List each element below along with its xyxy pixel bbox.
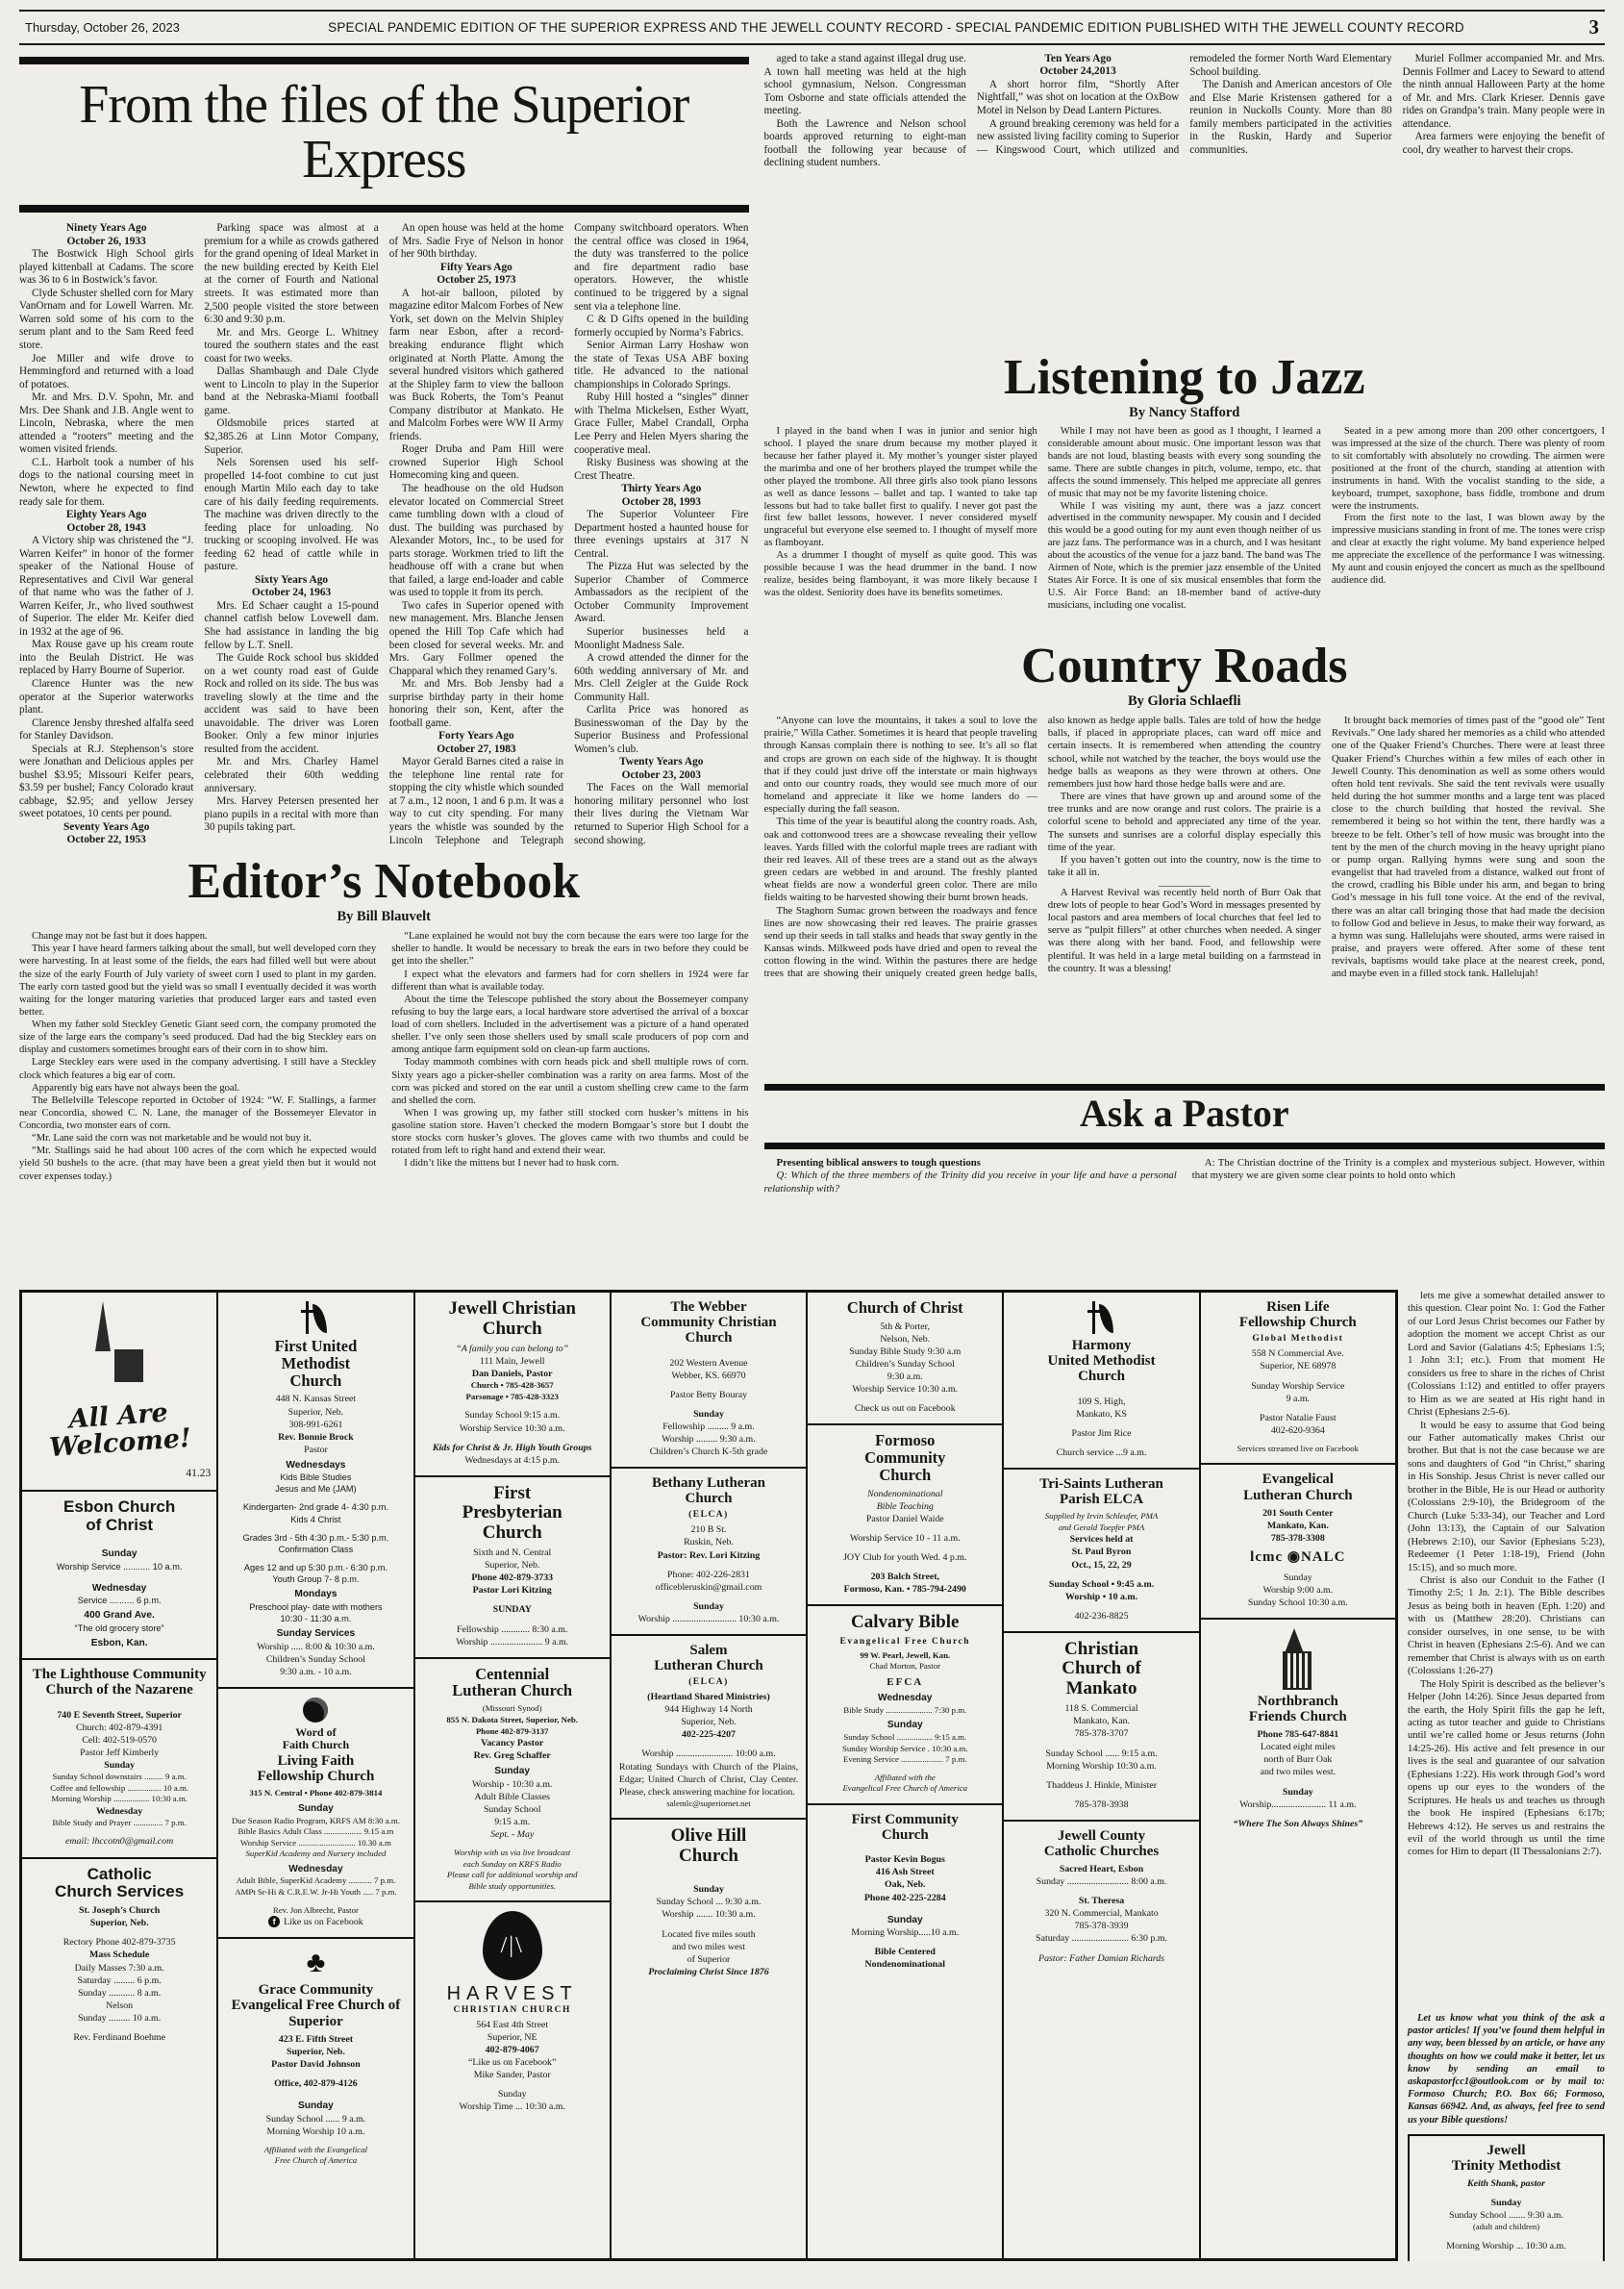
article-paragraph: While I was visiting my aunt, there was …: [1048, 501, 1321, 613]
church-ad-line: Mass Schedule: [28, 1949, 211, 1961]
church-ad-line: Church • 785-428-3657: [421, 1380, 604, 1392]
church-ad-lines: “A family you can belong to”111 Main, Je…: [421, 1343, 604, 1467]
church-ad-line: Oak, Neb.: [813, 1878, 996, 1891]
church-ad-line: Morning Worship ................. 10:30 …: [28, 1794, 211, 1805]
article-paragraph: __________: [1048, 879, 1321, 887]
church-ad-line: “Like us on Facebook”: [421, 2056, 604, 2069]
church-ad-line: Mankato, KS: [1010, 1408, 1192, 1421]
church-ad-line: [421, 2081, 604, 2088]
church-ad-line: Church service ...9 a.m.: [1010, 1446, 1192, 1459]
church-ad-title: Jewell Trinity Methodist: [1415, 2143, 1597, 2174]
church-ad-line: Phone 785-647-8841: [1207, 1728, 1389, 1741]
church-ad-lines: Pastor Kevin Bogus416 Ash StreetOak, Neb…: [813, 1847, 996, 1971]
church-ad-line: Sunday: [617, 1883, 800, 1896]
church-ad-line: 785-378-3707: [1010, 1727, 1192, 1740]
church-ad-line: Worship Service 10 - 11 a.m.: [813, 1532, 996, 1545]
church-ad-line: Parsonage • 785-428-3323: [421, 1392, 604, 1403]
article-paragraph: While I may not have been as good as I t…: [1048, 426, 1321, 501]
article-paragraph: Large Steckley ears were used in the com…: [19, 1056, 376, 1081]
church-ad-line: Worship ........................ 10:00 a…: [617, 1748, 800, 1760]
church-ad: Centennial Lutheran Church (Missouri Syn…: [415, 1659, 610, 1903]
church-ad-line: [813, 1545, 996, 1551]
church-ad-line: Children’s Sunday School: [813, 1358, 996, 1371]
church-ad-line: 9:15 a.m.: [421, 1816, 604, 1828]
church-ad-line: Mankato, Kan.: [1010, 1715, 1192, 1727]
church-ad-line: Morning Worship 10:30 a.m.: [1010, 1760, 1192, 1773]
church-ad-line: [224, 2138, 407, 2145]
church-ad-line: [617, 1922, 800, 1928]
church-ad-title: Jewell County Catholic Churches: [1010, 1828, 1192, 1859]
church-ad-line: Pastor Jim Rice: [1010, 1427, 1192, 1440]
church-ad-line: [28, 1828, 211, 1835]
article-paragraph: A Victory ship was christened the “J. Wa…: [19, 535, 193, 639]
church-ad-line: Worship 9:00 a.m.: [1207, 1584, 1389, 1597]
church-ad-subtitle: CHRISTIAN CHURCH: [421, 2005, 604, 2015]
church-ad-line: Jesus and Me (JAM): [224, 1483, 407, 1495]
church-ad-line: [813, 1939, 996, 1946]
church-ad-line: Rev. Jon Albrecht, Pastor: [224, 1905, 407, 1917]
church-ad-line: SuperKid Academy and Nursery included: [224, 1849, 407, 1860]
church-ad-line: Sunday Worship Service: [1207, 1380, 1389, 1393]
church-ad: All Are Welcome!41.23: [22, 1293, 216, 1492]
church-ad: Harmony United Methodist Church 109 S. H…: [1004, 1293, 1198, 1470]
church-ad-line: Wednesday: [28, 1805, 211, 1818]
article-paragraph: If you haven’t gotten out into the count…: [1048, 854, 1321, 879]
church-ad-line: (adult and children): [1415, 2222, 1597, 2233]
church-ad-line: [813, 1396, 996, 1402]
church-ad-line: [1010, 1572, 1192, 1578]
church-ad-line: [1010, 1603, 1192, 1610]
church-ad-line: Sunday: [1415, 2197, 1597, 2209]
directory-column: Jewell Christian Church “A family you ca…: [415, 1293, 612, 2258]
church-ad-line: [421, 1841, 604, 1848]
directory-column: First United Methodist Church 448 N. Kan…: [218, 1293, 414, 2258]
church-ad-line: [224, 2071, 407, 2077]
church-ad-line: [1010, 1389, 1192, 1396]
decade-heading: Ten Years Ago: [977, 53, 1179, 65]
from-the-files-text: Ninety Years AgoOctober 26, 1933The Bost…: [19, 222, 749, 847]
church-ad-line: 315 N. Central • Phone 402-879-3814: [224, 1788, 407, 1799]
church-ad-line: Sunday: [813, 1719, 996, 1731]
decade-date: October 28, 1993: [574, 496, 748, 509]
article-paragraph: The Bostwick High School girls played ki…: [19, 248, 193, 288]
church-ad-line: Sunday School ................. 9:15 a.m…: [813, 1732, 996, 1744]
church-ad-line: lcmc ◉NALC: [1207, 1548, 1389, 1568]
church-ad-line: Pastor: [224, 1444, 407, 1456]
church-logo-icon: [303, 1698, 328, 1723]
church-ad-line: “Where The Son Always Shines”: [1207, 1818, 1389, 1830]
church-ad-line: Daily Masses 7:30 a.m.: [28, 1962, 211, 1975]
church-ad-lines: 423 E. Fifth StreetSuperior, Neb.Pastor …: [224, 2033, 407, 2167]
church-ad-line: Pastor Daniel Waide: [813, 1513, 996, 1525]
article-paragraph: Parking space was almost at a premium fo…: [204, 222, 378, 326]
church-ad-line: Sunday .......................... 8:00 a…: [1010, 1875, 1192, 1888]
church-ad-line: Bible Centered: [813, 1946, 996, 1958]
article-paragraph: When my father sold Steckley Genetic Gia…: [19, 1019, 376, 1056]
editors-notebook-headline: Editor’s Notebook: [19, 857, 749, 907]
church-ad-line: Mankato, Kan.: [1207, 1520, 1389, 1532]
church-ad-line: Keith Shank, pastor: [1415, 2177, 1597, 2190]
church-ad-line: [28, 1702, 211, 1709]
church-ad-line: [617, 1870, 800, 1876]
church-ad-line: [1207, 1405, 1389, 1412]
church-ad-title: Salem Lutheran Church: [617, 1643, 800, 1673]
article-paragraph: I played in the band when I was in junio…: [764, 426, 1037, 550]
church-ad-line: Sunday School ... 9:30 a.m.: [617, 1896, 800, 1908]
church-ad-line: Worship Service 10:30 a.m.: [421, 1422, 604, 1435]
church-ad-title: Olive Hill Church: [617, 1826, 800, 1866]
church-ad-line: Fellowship ............ 8:30 a.m.: [421, 1623, 604, 1636]
church-ad-line: Church: 402-879-4391: [28, 1722, 211, 1734]
directory-column: The Webber Community Christian Church 20…: [612, 1293, 808, 2258]
church-ad-line: [224, 2090, 407, 2097]
article-paragraph: lets me give a somewhat detailed answer …: [1408, 1290, 1605, 1420]
church-ad-line: Morning Worship 10 a.m.: [224, 2125, 407, 2138]
article-paragraph: Risky Business was showing at the Crest …: [574, 457, 748, 483]
church-ad-lines: 448 N. Kansas StreetSuperior, Neb.308-99…: [224, 1393, 407, 1677]
church-ad-line: [1207, 1437, 1389, 1444]
church-ad-line: Worship ...................... 9 a.m.: [421, 1636, 604, 1648]
church-ad-lines: (Heartland Shared Ministries)944 Highway…: [617, 1691, 800, 1809]
decade-heading: Thirty Years Ago: [574, 483, 748, 495]
church-ad-title: Tri-Saints Lutheran Parish ELCA: [1010, 1476, 1192, 1507]
church-ad-line: Sunday ........... 8 a.m.: [28, 1987, 211, 2000]
church-ad: Jewell County Catholic Churches Sacred H…: [1004, 1822, 1198, 1974]
church-ad-line: of Superior: [617, 1953, 800, 1966]
church-ad-line: Pastor: Father Damian Richards: [1010, 1952, 1192, 1965]
church-ad-line: Superior, NE: [421, 2031, 604, 2044]
church-ad-line: [1010, 1888, 1192, 1895]
church-ad-line: Located eight miles north of Burr Oak an…: [1207, 1741, 1389, 1778]
issue-date: Thursday, October 26, 2023: [25, 20, 232, 35]
church-ad-line: [224, 1555, 407, 1562]
article-paragraph: Area farmers were enjoying the benefit o…: [1403, 131, 1605, 157]
church-ad-line: Nondenominational: [813, 1488, 996, 1500]
article-paragraph: It would be easy to assume that God bein…: [1408, 1420, 1605, 1574]
church-ad-title: Harmony United Methodist Church: [1010, 1338, 1192, 1385]
church-ad-lines: Supplied by Irvin Schleufer, PMA and Ger…: [1010, 1511, 1192, 1622]
church-ad-title: Risen Life Fellowship Church: [1207, 1299, 1389, 1330]
church-ad-title: HARVEST: [421, 1984, 604, 2005]
church-ad-line: [617, 1350, 800, 1357]
church-ad-line: Preschool play- date with mothers: [224, 1601, 407, 1613]
country-roads-byline: By Gloria Schlaefli: [764, 693, 1605, 710]
decade-date: October 27, 1983: [389, 743, 563, 756]
article-paragraph: Oldsmobile prices started at $2,385.26 a…: [204, 417, 378, 457]
decade-heading: Forty Years Ago: [389, 730, 563, 742]
church-ad-line: 402-225-4207: [617, 1728, 800, 1741]
church-ad-line: Check us out on Facebook: [813, 1402, 996, 1415]
church-directory: All Are Welcome!41.23 Esbon Church of Ch…: [19, 1290, 1398, 2261]
church-ad-lines: 118 S. CommercialMankato, Kan.785-378-37…: [1010, 1702, 1192, 1810]
church-ad-line: “A family you can belong to”: [421, 1343, 604, 1355]
church-ad-line: [224, 1525, 407, 1532]
church-ad: Catholic Church Services St. Joseph’s Ch…: [22, 1859, 216, 2052]
left-column: From the files of the Superior Express N…: [19, 53, 749, 1280]
article-paragraph: A crowd attended the dinner for the 60th…: [574, 652, 748, 704]
church-ad-line: Sacred Heart, Esbon: [1010, 1863, 1192, 1875]
article-paragraph: Carlita Price was honored as Businesswom…: [574, 704, 748, 756]
church-ad: The Webber Community Christian Church 20…: [612, 1293, 806, 1469]
church-ad-line: EFCA: [813, 1675, 996, 1690]
church-ad-title: Formoso Community Church: [813, 1432, 996, 1483]
church-ad-line: 740 E Seventh Street, Superior: [28, 1709, 211, 1722]
article-paragraph: About the time the Telescope published t…: [391, 994, 748, 1057]
church-ad-line: Kids 4 Christ: [224, 1514, 407, 1525]
church-ad-line: 5th & Porter,: [813, 1321, 996, 1333]
church-ad-line: Sunday School ....... 9:30 a.m.: [1415, 2209, 1597, 2222]
article-paragraph: As a drummer I thought of myself as quit…: [764, 550, 1037, 600]
church-ad-line: Phone 402-879-3137: [421, 1726, 604, 1738]
church-ad-line: Rev. Greg Schaffer: [421, 1749, 604, 1762]
ask-a-pastor-feedback-note: Let us know what you think of the ask a …: [1408, 2012, 1605, 2126]
church-ad-line: 402-620-9364: [1207, 1424, 1389, 1437]
church-ad-line: Fellowship ......... 9 a.m.: [617, 1421, 800, 1433]
church-ad-line: Worship with us via live broadcast each …: [421, 1848, 604, 1870]
church-ad-line: [28, 2025, 211, 2031]
ask-a-pastor-question: Q: Which of the three members of the Tri…: [764, 1170, 1177, 1195]
church-ad-lines: 564 East 4th StreetSuperior, NE402-879-4…: [421, 2019, 604, 2113]
church-ad: Christian Church of Mankato 118 S. Comme…: [1004, 1633, 1198, 1822]
article-paragraph: A hot-air balloon, piloted by magazine e…: [389, 288, 563, 444]
masthead: Thursday, October 26, 2023 SPECIAL PANDE…: [19, 10, 1605, 45]
decade-date: October 25, 1973: [389, 274, 563, 287]
church-ad-line: [617, 1562, 800, 1569]
article-paragraph: Mrs. Ed Schaer caught a 15-pound channel…: [204, 600, 378, 652]
church-ad-line: Services held at: [1010, 1533, 1192, 1546]
editors-notebook-byline: By Bill Blauvelt: [19, 909, 749, 925]
article-paragraph: Mr. and Mrs. D.V. Spohn, Mr. and Mrs. De…: [19, 391, 193, 457]
church-ad-title: Esbon Church of Christ: [28, 1498, 211, 1534]
church-ad-line: 202 Western Avenue: [617, 1357, 800, 1370]
article-paragraph: “Mr. Lane said the corn was not marketab…: [19, 1132, 376, 1144]
church-ad-line: Chad Morton, Pastor: [813, 1661, 996, 1673]
church-ad-lines: 202 Western AvenueWebber, KS. 66970Pasto…: [617, 1350, 800, 1458]
church-ad-line: Nelson, Neb.: [813, 1333, 996, 1346]
article-paragraph: The Guide Rock school bus skidded on a w…: [204, 652, 378, 756]
church-ad-line: [1207, 1779, 1389, 1786]
church-ad-lines: Keith Shank, pastorSundaySunday School .…: [1415, 2177, 1597, 2252]
church-ad-line: 320 N. Commercial, Mankato: [1010, 1907, 1192, 1920]
church-ad-line: Worship • 10 a.m.: [1010, 1591, 1192, 1603]
church-ad-title: Living Faith Fellowship Church: [224, 1753, 407, 1784]
church-ad-line: Cell: 402-519-0570: [28, 1734, 211, 1747]
article-paragraph: Mrs. Harvey Petersen presented her piano…: [204, 795, 378, 835]
church-ad-line: 41.23: [28, 1467, 211, 1481]
church-ad-line: Ruskin, Neb.: [617, 1536, 800, 1548]
church-ad-line: Sunday: [813, 1914, 996, 1926]
church-ad-subtitle: Evangelical Free Church: [813, 1637, 996, 1647]
ask-a-pastor-headline: Ask a Pastor: [764, 1094, 1605, 1133]
article-paragraph: Specials at R.J. Stephenson’s store were…: [19, 743, 193, 821]
church-ad-line: [28, 1538, 211, 1545]
church-ad-line: Morning Worship ... 10:30 a.m.: [1415, 2240, 1597, 2252]
church-ad-subtitle: (ELCA): [617, 1677, 800, 1687]
church-ad-line: [813, 1525, 996, 1532]
church-ad-line: Children’s Church K-5th grade: [617, 1446, 800, 1458]
from-the-files-continuation: aged to take a stand against illegal dru…: [764, 53, 1605, 343]
church-ad-line: 785-378-3939: [1010, 1920, 1192, 1932]
decade-heading: Fifty Years Ago: [389, 262, 563, 274]
church-ad-line: Bible Study ...................... 7:30 …: [813, 1705, 996, 1717]
church-ad-line: Sunday: [617, 1600, 800, 1613]
church-ad-line: [421, 1435, 604, 1442]
decade-date: October 23, 2003: [574, 769, 748, 782]
church-ad-line: Sunday School 9:15 a.m.: [421, 1409, 604, 1421]
article-paragraph: The Pizza Hut was selected by the Superi…: [574, 561, 748, 626]
church-ad-line: Worship ......... 9:30 a.m.: [617, 1433, 800, 1446]
right-column: aged to take a stand against illegal dru…: [764, 53, 1605, 1280]
church-ad-line: [617, 1741, 800, 1748]
church-ad-line: 448 N. Kansas Street: [224, 1393, 407, 1405]
church-ad-line: “The old grocery store”: [28, 1622, 211, 1634]
church-ad-line: Office, 402-879-4126: [224, 2077, 407, 2090]
church-ad-line: [224, 1899, 407, 1905]
church-ad-line: Sunday: [224, 2100, 407, 2112]
article-paragraph: Dallas Shambaugh and Dale Clyde went to …: [204, 365, 378, 417]
church-ad-lines: Sacred Heart, EsbonSunday ..............…: [1010, 1863, 1192, 1964]
church-ad-line: Confirmation Class: [224, 1544, 407, 1555]
church-ad-line: Worship Time ... 10:30 a.m.: [421, 2100, 604, 2113]
church-ad-line: Grades 3rd - 5th 4:30 p.m.- 5:30 p.m.: [224, 1532, 407, 1544]
church-ad-line: Sunday: [1207, 1786, 1389, 1798]
directory-column: Church of Christ 5th & Porter,Nelson, Ne…: [808, 1293, 1004, 2258]
article-paragraph: This time of the year is beautiful along…: [764, 816, 1037, 904]
church-ad-line: [813, 1847, 996, 1853]
church-ad-line: [224, 1495, 407, 1501]
church-ad-line: [1010, 1440, 1192, 1446]
article-paragraph: Joe Miller and wife drove to Hemmingford…: [19, 353, 193, 392]
church-ad-line: [1010, 1773, 1192, 1779]
church-ad: Bethany Lutheran Church (ELCA) 210 B St.…: [612, 1469, 806, 1636]
church-ad-line: Due Season Radio Program, KRFS AM 8:30 a…: [224, 1816, 407, 1827]
church-ad: Formoso Community Church Nondenomination…: [808, 1425, 1002, 1606]
church-ad-line: Please call for additional worship and B…: [421, 1870, 604, 1892]
directory-column: Risen Life Fellowship Church Global Meth…: [1201, 1293, 1395, 2258]
church-ad-line: Dan Daniels, Pastor: [421, 1368, 604, 1380]
church-ad-line: AMPt Sr-Hi & C.R.E.W. Jr-Hi Youth ..... …: [224, 1887, 407, 1899]
church-ad-line: [617, 1382, 800, 1389]
ask-a-pastor-continued: lets me give a somewhat detailed answer …: [1408, 1290, 1605, 2004]
church-ad-line: Sunday: [224, 1802, 407, 1815]
article-paragraph: I expect what the elevators and farmers …: [391, 968, 748, 994]
right-rail: lets me give a somewhat detailed answer …: [1408, 1290, 1605, 2261]
church-ad-lines: 558 N Commercial Ave.Superior, NE 68978S…: [1207, 1347, 1389, 1454]
church-ad-lines: 740 E Seventh Street, SuperiorChurch: 40…: [28, 1702, 211, 1849]
ask-a-pastor-intro: Presenting biblical answers to tough que…: [764, 1157, 1177, 1170]
article-paragraph: “Lane explained he would not buy the cor…: [391, 930, 748, 968]
church-ad-line: St. Joseph’s Church: [28, 1904, 211, 1917]
church-ad: Jewell Christian Church “A family you ca…: [415, 1293, 610, 1477]
article-paragraph: This year I have heard farmers talking a…: [19, 943, 376, 1019]
church-ad-subtitle: (ELCA): [617, 1510, 800, 1520]
church-ad-line: Sunday: [1207, 1572, 1389, 1584]
church-ad-title: Grace Community Evangelical Free Church …: [224, 1982, 407, 2029]
church-ad-lines: 210 B St.Ruskin, Neb.Pastor: Rev. Lori K…: [617, 1523, 800, 1624]
article-paragraph: A Harvest Revival was recently held nort…: [1048, 887, 1321, 975]
decade-heading: Twenty Years Ago: [574, 756, 748, 768]
church-ad-line: Superior, Neb.: [421, 1559, 604, 1572]
edition-line: SPECIAL PANDEMIC EDITION OF THE SUPERIOR…: [245, 20, 1547, 35]
church-ad: The Lighthouse Community Church of the N…: [22, 1660, 216, 1858]
from-the-files-headline-block: From the files of the Superior Express: [19, 57, 749, 213]
jazz-byline: By Nancy Stafford: [764, 405, 1605, 421]
church-ad-line: [1415, 2233, 1597, 2240]
article-paragraph: Mr. and Mrs. Charley Hamel celebrated th…: [204, 756, 378, 795]
church-ad-line: Rectory Phone 402-879-3735: [28, 1936, 211, 1949]
church-ad-line: JOY Club for youth Wed. 4 p.m.: [813, 1551, 996, 1564]
church-ad-line: Saturday ......... 6 p.m.: [28, 1975, 211, 1987]
editors-notebook-text: Change may not be fast but it does happe…: [19, 930, 749, 1219]
church-ad-line: Sunday Services: [224, 1627, 407, 1640]
article-paragraph: When I was growing up, my father still s…: [391, 1107, 748, 1158]
church-ad-line: Sixth and N. Central: [421, 1547, 604, 1559]
article-paragraph: Two cafes in Superior opened with new ma…: [389, 600, 563, 678]
decade-heading: Eighty Years Ago: [19, 509, 193, 521]
church-ad-line: [617, 1594, 800, 1600]
church-ad-line: Children’s Sunday School: [224, 1653, 407, 1666]
article-paragraph: aged to take a stand against illegal dru…: [764, 53, 966, 118]
church-ad-line: 558 N Commercial Ave.: [1207, 1347, 1389, 1360]
church-ad-line: 118 S. Commercial: [1010, 1702, 1192, 1715]
church-ad-line: Sunday School: [421, 1803, 604, 1816]
church-ad-title: First United Methodist Church: [224, 1338, 407, 1389]
church-ad-line: 400 Grand Ave.: [28, 1609, 211, 1622]
article-paragraph: Clarence Jensby threshed alfalfa seed fo…: [19, 717, 193, 743]
church-logo-icon: [300, 1948, 331, 1978]
church-ad-line: Like us on Facebook: [224, 1916, 407, 1928]
church-ad-title: First Community Church: [813, 1812, 996, 1843]
church-ad-line: [813, 1904, 996, 1911]
ask-a-pastor-headline-block: Ask a Pastor: [764, 1084, 1605, 1149]
church-ad-line: Coffee and fellowship ................ 1…: [28, 1783, 211, 1795]
church-ad-line: Sunday: [617, 1408, 800, 1421]
church-ad-line: Sunday School • 9:45 a.m.: [1010, 1578, 1192, 1591]
church-ad-line: [1207, 1811, 1389, 1818]
church-ad-line: Kids Bible Studies: [224, 1471, 407, 1483]
church-ad-line: 203 Balch Street,: [813, 1571, 996, 1583]
decade-heading: Ninety Years Ago: [19, 222, 193, 235]
church-ad-line: Pastor Betty Bouray: [617, 1389, 800, 1401]
article-paragraph: The Superior Volunteer Fire Department h…: [574, 509, 748, 561]
church-ad-line: 402-879-4067: [421, 2044, 604, 2056]
church-ad: Word of Faith Church Living Faith Fellow…: [218, 1689, 412, 1940]
article-paragraph: From the first note to the last, I was b…: [1332, 513, 1605, 588]
church-ad-line: [1415, 2190, 1597, 2197]
decade-date: October 24, 1963: [204, 587, 378, 599]
church-ad-title: Calvary Bible: [813, 1613, 996, 1633]
church-ad-line: Superior, Neb.: [224, 2046, 407, 2058]
decade-date: October 26, 1933: [19, 236, 193, 248]
decade-date: October 22, 1953: [19, 834, 193, 846]
church-ad-line: Worship....................... 11 a.m.: [1207, 1798, 1389, 1811]
church-ad-line: Formoso, Kan. • 785-794-2490: [813, 1583, 996, 1596]
church-ad-line: 9 a.m.: [1207, 1393, 1389, 1405]
church-ad-line: Wednesday: [28, 1582, 211, 1595]
church-ad-line: Pastor David Johnson: [224, 2058, 407, 2071]
church-logo-icon: [86, 1301, 153, 1390]
church-ad: Olive Hill Church SundaySunday School ..…: [612, 1820, 806, 1986]
church-ad-line: Supplied by Irvin Schleufer, PMA and Ger…: [1010, 1511, 1192, 1533]
church-ad-line: officebleruskin@gmail.com: [617, 1581, 800, 1594]
church-logo-icon: [1277, 1628, 1319, 1690]
church-ad-line: Pastor Natalie Faust: [1207, 1412, 1389, 1424]
church-ad-line: Bible Teaching: [813, 1500, 996, 1513]
church-ad-line: Wednesdays: [224, 1459, 407, 1471]
country-roads-headline: Country Roads: [764, 641, 1605, 692]
article-paragraph: Max Rouse gave up his cream route into t…: [19, 639, 193, 678]
church-logo-icon: [1087, 1301, 1116, 1334]
